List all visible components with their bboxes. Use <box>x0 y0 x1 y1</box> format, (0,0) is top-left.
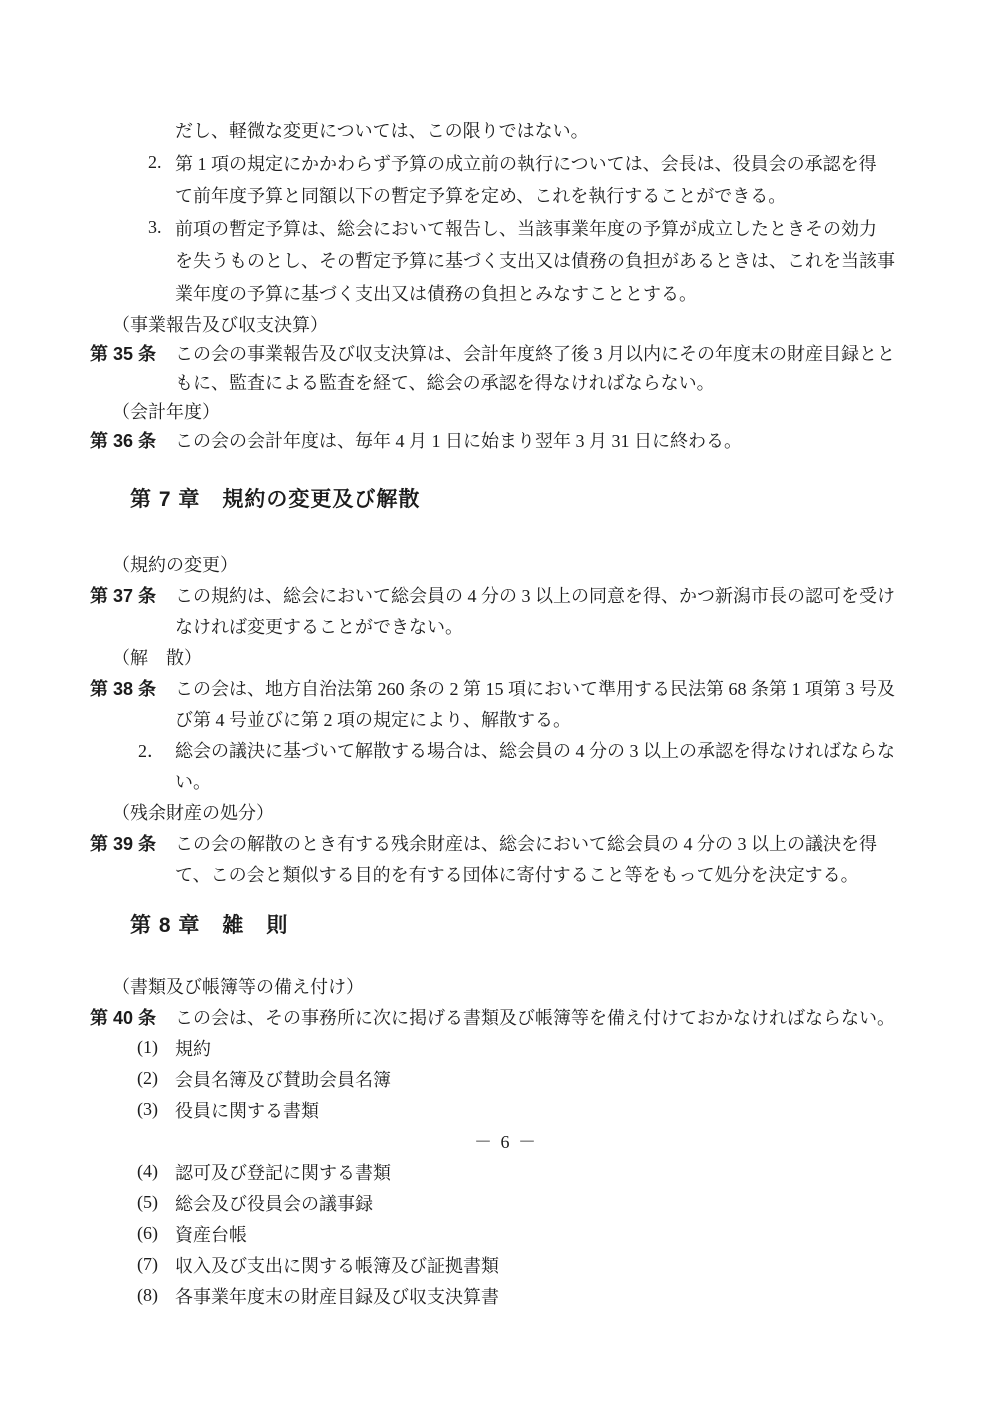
article-38-line-1-text: この会は、地方自治法第 260 条の 2 第 15 項において準用する民法第 6… <box>175 675 895 701</box>
block-para-top: だし、軽微な変更については、この限りではない。2.第 1 項の規定にかかわらず予… <box>90 114 922 309</box>
page-number: － 6 － <box>90 1125 922 1156</box>
block-sec37-39: （規約の変更）第 37 条この規約は、総会において総会員の 4 分の 3 以上の… <box>90 548 922 889</box>
article-39-line-2: て、この会と類似する目的を有する団体に寄付すること等をもって処分を決定する。 <box>90 858 922 889</box>
article-35-line-1-label: 第 35 条 <box>90 340 175 366</box>
article-40-item-6: (6)資産台帳 <box>90 1218 922 1249</box>
chapter-8-heading-text: 第 8 章 雑 則 <box>130 909 288 939</box>
article-38-clause-2-line-1-text: 総会の議決に基づいて解散する場合は、総会員の 4 分の 3 以上の承認を得なけれ… <box>175 737 895 763</box>
article-37-line-2-text: なければ変更することができない。 <box>175 613 463 639</box>
article-40-item-4: (4)認可及び登記に関する書類 <box>90 1156 922 1187</box>
article-40-item-2-text: 会員名簿及び賛助会員名簿 <box>175 1066 391 1092</box>
article-37-line-2: なければ変更することができない。 <box>90 610 922 641</box>
heading-residual-assets-text: （残余財産の処分） <box>112 799 274 825</box>
proviso-line-text: だし、軽微な変更については、この限りではない。 <box>175 117 589 143</box>
article-40-item-5: (5)総会及び役員会の議事録 <box>90 1187 922 1218</box>
document-content: だし、軽微な変更については、この限りではない。2.第 1 項の規定にかかわらず予… <box>90 114 922 1311</box>
heading-dissolution: （解 散） <box>90 641 922 672</box>
article-40-item-1-text: 規約 <box>175 1035 211 1061</box>
article-35-line-2-text: もに、監査による監査を経て、総会の承認を得なければならない。 <box>175 369 715 395</box>
article-40-line-1-text: この会は、その事務所に次に掲げる書類及び帳簿等を備え付けておかなければならない。 <box>175 1004 895 1030</box>
block-chapter7: 第 7 章 規約の変更及び解散 <box>90 482 922 514</box>
heading-documents-books-text: （書類及び帳簿等の備え付け） <box>112 973 364 999</box>
article-38-line-1-label: 第 38 条 <box>90 675 175 701</box>
clause-2-line-2: て前年度予算と同額以下の暫定予算を定め、これを執行することができる。 <box>90 179 922 212</box>
heading-business-report: （事業報告及び収支決算） <box>90 309 922 338</box>
heading-fiscal-year-text: （会計年度） <box>112 398 220 424</box>
heading-bylaw-change: （規約の変更） <box>90 548 922 579</box>
article-39-line-1: 第 39 条この会の解散のとき有する残余財産は、総会において総会員の 4 分の … <box>90 827 922 858</box>
article-40-item-5-text: 総会及び役員会の議事録 <box>175 1190 373 1216</box>
clause-2-line-1-label: 2. <box>148 152 175 173</box>
article-39-line-2-text: て、この会と類似する目的を有する団体に寄付すること等をもって処分を決定する。 <box>175 861 859 887</box>
article-37-line-1-text: この規約は、総会において総会員の 4 分の 3 以上の同意を得、かつ新潟市長の認… <box>175 582 895 608</box>
article-38-clause-2-line-2-text: い。 <box>175 768 211 794</box>
heading-documents-books: （書類及び帳簿等の備え付け） <box>90 970 922 1001</box>
article-38-clause-2-line-1-label: 2． <box>138 737 175 763</box>
article-40-item-6-text: 資産台帳 <box>175 1221 247 1247</box>
chapter-8-heading: 第 8 章 雑 則 <box>90 908 922 940</box>
article-40-item-1-label: (1) <box>137 1037 175 1058</box>
article-40-item-7-text: 収入及び支出に関する帳簿及び証拠書類 <box>175 1252 499 1278</box>
article-40-item-8-text: 各事業年度末の財産目録及び収支決算書 <box>175 1283 499 1309</box>
block-sec35-36: （事業報告及び収支決算）第 35 条この会の事業報告及び収支決算は、会計年度終了… <box>90 309 922 454</box>
article-38-line-2: び第 4 号並びに第 2 項の規定により、解散する。 <box>90 703 922 734</box>
article-40-item-7-label: (7) <box>137 1254 175 1275</box>
article-36-line-1-text: この会の会計年度は、毎年 4 月 1 日に始まり翌年 3 月 31 日に終わる。 <box>175 427 742 453</box>
article-40-item-5-label: (5) <box>137 1192 175 1213</box>
article-40-item-8: (8)各事業年度末の財産目録及び収支決算書 <box>90 1280 922 1311</box>
article-36-line-1-label: 第 36 条 <box>90 427 175 453</box>
article-38-line-1: 第 38 条この会は、地方自治法第 260 条の 2 第 15 項において準用す… <box>90 672 922 703</box>
heading-dissolution-text: （解 散） <box>112 644 202 670</box>
clause-3-line-2-text: を失うものとし、その暫定予算に基づく支出又は債務の負担があるときは、これを当該事 <box>175 247 895 273</box>
article-40-item-2: (2)会員名簿及び賛助会員名簿 <box>90 1063 922 1094</box>
heading-residual-assets: （残余財産の処分） <box>90 796 922 827</box>
article-40-item-1: (1)規約 <box>90 1032 922 1063</box>
clause-3-line-1: 3.前項の暫定予算は、総会において報告し、当該事業年度の予算が成立したときその効… <box>90 212 922 245</box>
article-38-clause-2-line-2: い。 <box>90 765 922 796</box>
article-40-item-2-label: (2) <box>137 1068 175 1089</box>
clause-3-line-3-text: 業年度の予算に基づく支出又は債務の負担とみなすこととする。 <box>175 280 697 306</box>
article-37-line-1-label: 第 37 条 <box>90 582 175 608</box>
heading-business-report-text: （事業報告及び収支決算） <box>112 311 328 337</box>
proviso-line: だし、軽微な変更については、この限りではない。 <box>90 114 922 147</box>
clause-3-line-1-label: 3. <box>148 217 175 238</box>
article-40-item-3-text: 役員に関する書類 <box>175 1097 319 1123</box>
heading-bylaw-change-text: （規約の変更） <box>112 551 238 577</box>
clause-3-line-3: 業年度の予算に基づく支出又は債務の負担とみなすこととする。 <box>90 277 922 310</box>
chapter-7-heading: 第 7 章 規約の変更及び解散 <box>90 482 922 514</box>
chapter-7-heading-text: 第 7 章 規約の変更及び解散 <box>130 483 420 513</box>
article-38-clause-2-line-1: 2．総会の議決に基づいて解散する場合は、総会員の 4 分の 3 以上の承認を得な… <box>90 734 922 765</box>
article-40-item-3-label: (3) <box>137 1099 175 1120</box>
page-number-text: － 6 － <box>474 1128 538 1154</box>
article-37-line-1: 第 37 条この規約は、総会において総会員の 4 分の 3 以上の同意を得、かつ… <box>90 579 922 610</box>
clause-2-line-1-text: 第 1 項の規定にかかわらず予算の成立前の執行については、会長は、役員会の承認を… <box>175 150 877 176</box>
clause-2-line-1: 2.第 1 項の規定にかかわらず予算の成立前の執行については、会長は、役員会の承… <box>90 147 922 180</box>
article-35-line-1: 第 35 条この会の事業報告及び収支決算は、会計年度終了後 3 月以内にその年度… <box>90 338 922 367</box>
article-39-line-1-label: 第 39 条 <box>90 830 175 856</box>
article-40-line-1-label: 第 40 条 <box>90 1004 175 1030</box>
article-40-line-1: 第 40 条この会は、その事務所に次に掲げる書類及び帳簿等を備え付けておかなけれ… <box>90 1001 922 1032</box>
article-36-line-1: 第 36 条この会の会計年度は、毎年 4 月 1 日に始まり翌年 3 月 31 … <box>90 425 922 454</box>
block-sec40: （書類及び帳簿等の備え付け）第 40 条この会は、その事務所に次に掲げる書類及び… <box>90 970 922 1311</box>
article-40-item-6-label: (6) <box>137 1223 175 1244</box>
article-40-item-4-label: (4) <box>137 1161 175 1182</box>
article-39-line-1-text: この会の解散のとき有する残余財産は、総会において総会員の 4 分の 3 以上の議… <box>175 830 877 856</box>
article-40-item-4-text: 認可及び登記に関する書類 <box>175 1159 391 1185</box>
article-35-line-1-text: この会の事業報告及び収支決算は、会計年度終了後 3 月以内にその年度末の財産目録… <box>175 340 895 366</box>
block-chapter8: 第 8 章 雑 則 <box>90 908 922 940</box>
article-40-item-7: (7)収入及び支出に関する帳簿及び証拠書類 <box>90 1249 922 1280</box>
clause-3-line-2: を失うものとし、その暫定予算に基づく支出又は債務の負担があるときは、これを当該事 <box>90 244 922 277</box>
clause-3-line-1-text: 前項の暫定予算は、総会において報告し、当該事業年度の予算が成立したときその効力 <box>175 215 877 241</box>
heading-fiscal-year: （会計年度） <box>90 396 922 425</box>
article-35-line-2: もに、監査による監査を経て、総会の承認を得なければならない。 <box>90 367 922 396</box>
article-40-item-8-label: (8) <box>137 1285 175 1306</box>
document-page: だし、軽微な変更については、この限りではない。2.第 1 項の規定にかかわらず予… <box>0 0 1000 1415</box>
article-38-line-2-text: び第 4 号並びに第 2 項の規定により、解散する。 <box>175 706 571 732</box>
article-40-item-3: (3)役員に関する書類 <box>90 1094 922 1125</box>
clause-2-line-2-text: て前年度予算と同額以下の暫定予算を定め、これを執行することができる。 <box>175 182 786 208</box>
